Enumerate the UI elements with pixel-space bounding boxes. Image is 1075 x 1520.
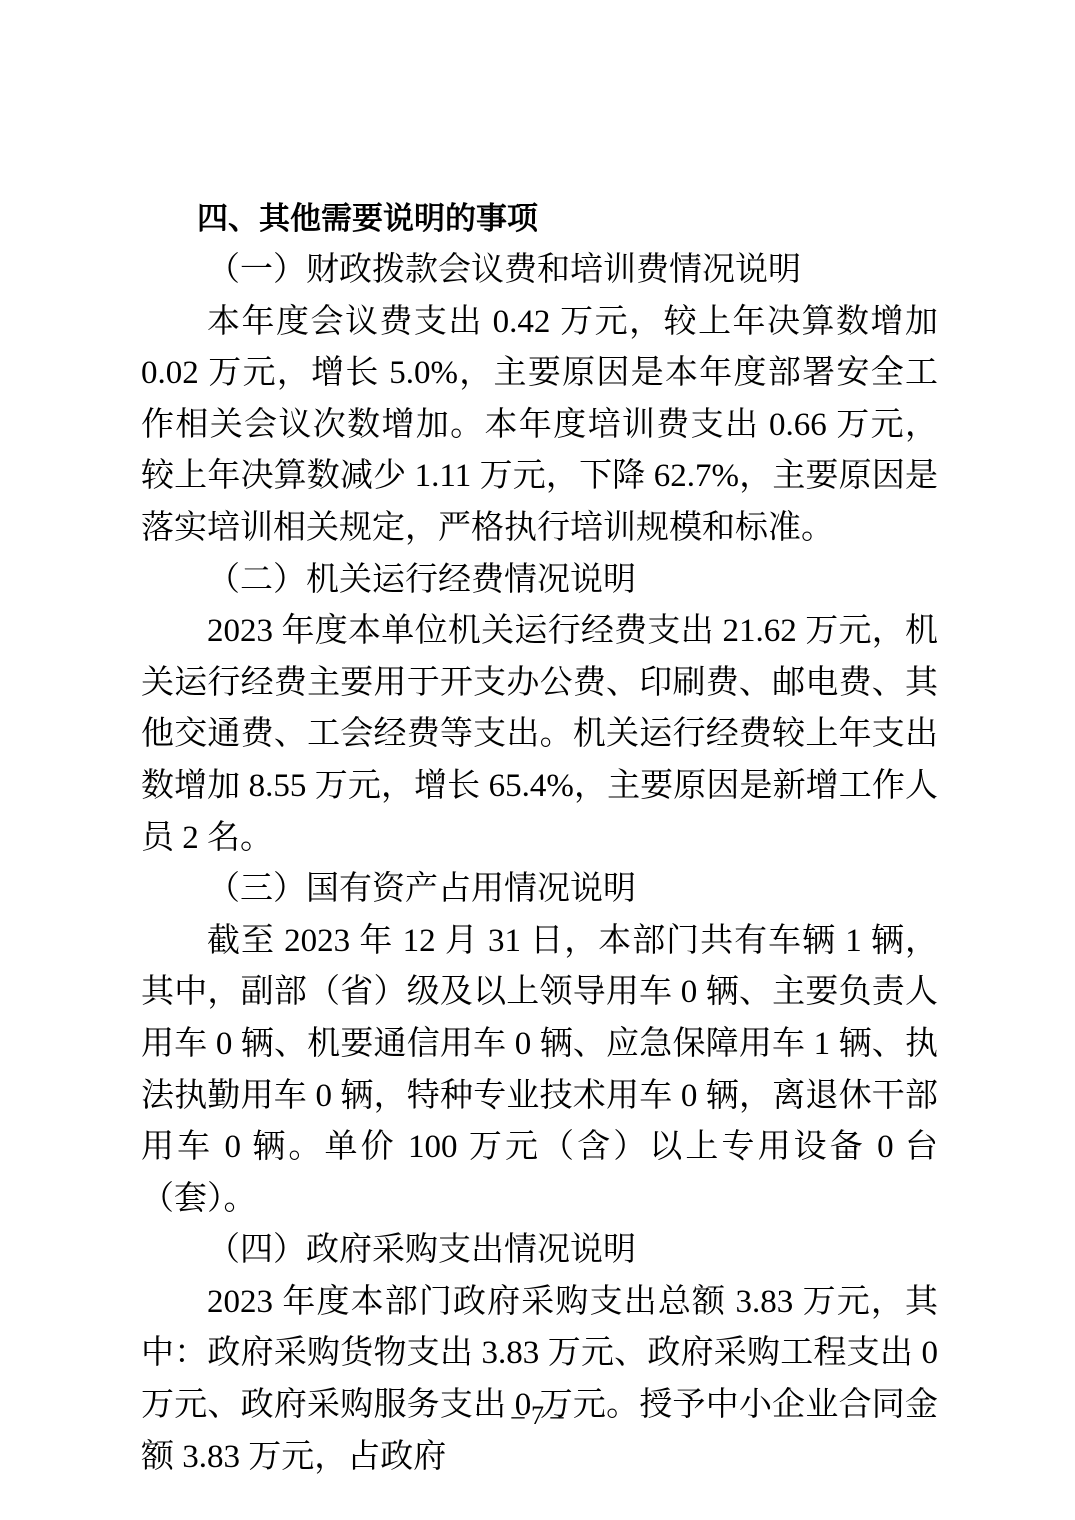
page-number: – 7 – bbox=[0, 1400, 1075, 1432]
paragraph-4: 2023 年度本部门政府采购支出总额 3.83 万元，其中：政府采购货物支出 3… bbox=[141, 1277, 938, 1483]
paragraph-3: 截至 2023 年 12 月 31 日，本部门共有车辆 1 辆，其中，副部（省）… bbox=[141, 916, 938, 1226]
document-page: 四、其他需要说明的事项 （一）财政拨款会议费和培训费情况说明 本年度会议费支出 … bbox=[0, 0, 1075, 1520]
subsection-heading-4: （四）政府采购支出情况说明 bbox=[141, 1225, 938, 1277]
paragraph-2: 2023 年度本单位机关运行经费支出 21.62 万元，机关运行经费主要用于开支… bbox=[141, 606, 938, 864]
paragraph-1: 本年度会议费支出 0.42 万元，较上年决算数增加 0.02 万元，增长 5.0… bbox=[141, 297, 938, 555]
subsection-heading-3: （三）国有资产占用情况说明 bbox=[141, 864, 938, 916]
subsection-heading-2: （二）机关运行经费情况说明 bbox=[141, 555, 938, 607]
subsection-heading-1: （一）财政拨款会议费和培训费情况说明 bbox=[141, 245, 938, 297]
section-heading: 四、其他需要说明的事项 bbox=[141, 193, 938, 245]
